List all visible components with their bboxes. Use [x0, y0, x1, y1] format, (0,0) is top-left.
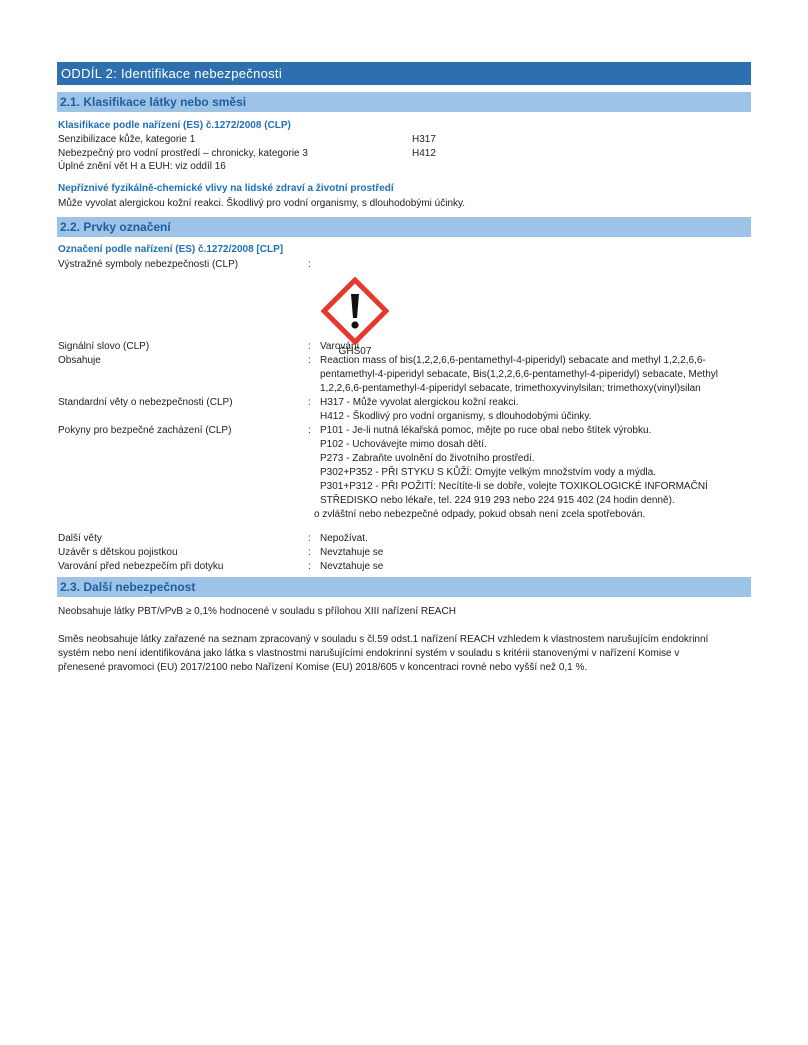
endocrine-text: Směs neobsahuje látky zařazené na seznam…	[57, 633, 751, 675]
pictogram-row: Výstražné symboly nebezpečnosti (CLP) :	[57, 258, 751, 340]
adverse-effects-text: Může vyvolat alergickou kožní reakci. Šk…	[57, 197, 751, 211]
endocrine-line: přenesené pravomoci (EU) 2017/2100 nebo …	[58, 661, 751, 675]
child-closure-row: Uzávěr s dětskou pojistkou : Nevztahuje …	[57, 546, 751, 560]
subsection-2-1-title: 2.1. Klasifikace látky nebo směsi	[57, 92, 751, 112]
precautionary-statement: P302+P352 - PŘI STYKU S KŮŽÍ: Omyjte vel…	[320, 466, 751, 480]
labelling-heading: Označení podle nařízení (ES) č.1272/2008…	[57, 244, 751, 255]
clp-classification-heading: Klasifikace podle nařízení (ES) č.1272/2…	[57, 120, 751, 131]
subsection-2-3-title: 2.3. Další nebezpečnost	[57, 577, 751, 597]
full-text-note: Úplné znění vět H a EUH: viz oddíl 16	[57, 160, 751, 174]
classification-row: Senzibilizace kůže, kategorie 1 H317	[57, 133, 751, 147]
ghs07-pictogram: GHS07	[321, 277, 389, 357]
section-title: ODDÍL 2: Identifikace nebezpečnosti	[57, 62, 751, 85]
precautionary-statement: P273 - Zabraňte uvolnění do životního pr…	[320, 452, 751, 466]
adverse-effects-heading: Nepříznivé fyzikálně-chemické vlivy na l…	[57, 183, 751, 194]
exclamation-mark-diamond-icon	[321, 277, 389, 345]
contains-line: pentamethyl-4-piperidyl sebacate, Bis(1,…	[320, 368, 751, 382]
subsection-2-2-title: 2.2. Prvky označení	[57, 217, 751, 237]
classification-code: H412	[412, 147, 436, 161]
colon: :	[308, 340, 320, 354]
contains-label: Obsahuje	[58, 354, 308, 396]
classification-code: H317	[412, 133, 436, 147]
colon: :	[308, 546, 320, 560]
hazard-statements-row: Standardní věty o nebezpečnosti (CLP) : …	[57, 396, 751, 424]
sds-page: ODDÍL 2: Identifikace nebezpečnosti 2.1.…	[57, 62, 751, 675]
precautionary-statement: P301+P312 - PŘI POŽITÍ: Necítíte-li se d…	[320, 480, 751, 494]
classification-label: Senzibilizace kůže, kategorie 1	[58, 133, 412, 147]
colon: :	[308, 258, 320, 340]
other-phrases-value: Nepožívat.	[320, 532, 751, 546]
other-phrases-row: Další věty : Nepožívat.	[57, 532, 751, 546]
hazard-statement: H317 - Může vyvolat alergickou kožní rea…	[320, 396, 751, 410]
pictogram-label: Výstražné symboly nebezpečnosti (CLP)	[58, 258, 308, 340]
hazard-statements-value: H317 - Může vyvolat alergickou kožní rea…	[320, 396, 751, 424]
precautionary-row: Pokyny pro bezpečné zacházení (CLP) : P1…	[57, 424, 751, 522]
precautionary-statement: P101 - Je-li nutná lékařská pomoc, mějte…	[320, 424, 751, 438]
precautionary-statement: P102 - Uchovávejte mimo dosah dětí.	[320, 438, 751, 452]
child-closure-label: Uzávěr s dětskou pojistkou	[58, 546, 308, 560]
colon: :	[308, 560, 320, 574]
signal-word-label: Signální slovo (CLP)	[58, 340, 308, 354]
precautionary-label: Pokyny pro bezpečné zacházení (CLP)	[58, 424, 308, 522]
tactile-warning-row: Varování před nebezpečím při dotyku : Ne…	[57, 560, 751, 574]
child-closure-value: Nevztahuje se	[320, 546, 751, 560]
hazard-statement: H412 - Škodlivý pro vodní organismy, s d…	[320, 410, 751, 424]
precautionary-statement: STŘEDISKO nebo lékaře, tel. 224 919 293 …	[320, 494, 751, 508]
precautionary-trailing: o zvláštní nebo nebezpečné odpady, pokud…	[314, 508, 751, 522]
tactile-warning-label: Varování před nebezpečím při dotyku	[58, 560, 308, 574]
hazard-statements-label: Standardní věty o nebezpečnosti (CLP)	[58, 396, 308, 424]
precautionary-value: P101 - Je-li nutná lékařská pomoc, mějte…	[320, 424, 751, 522]
other-phrases-label: Další věty	[58, 532, 308, 546]
pictogram-code: GHS07	[321, 346, 389, 357]
contains-line: 1,2,2,6,6-pentamethyl-4-piperidyl sebaca…	[320, 382, 751, 396]
signal-word-row: Signální slovo (CLP) : Varování	[57, 340, 751, 354]
classification-row: Nebezpečný pro vodní prostředí – chronic…	[57, 147, 751, 161]
colon: :	[308, 396, 320, 424]
colon: :	[308, 532, 320, 546]
tactile-warning-value: Nevztahuje se	[320, 560, 751, 574]
pbt-text: Neobsahuje látky PBT/vPvB ≥ 0,1% hodnoce…	[57, 605, 751, 619]
colon: :	[308, 354, 320, 396]
classification-label: Nebezpečný pro vodní prostředí – chronic…	[58, 147, 412, 161]
contains-row: Obsahuje : Reaction mass of bis(1,2,2,6,…	[57, 354, 751, 396]
endocrine-line: Směs neobsahuje látky zařazené na seznam…	[58, 633, 751, 647]
endocrine-line: systém nebo není identifikována jako lát…	[58, 647, 751, 661]
contains-value: Reaction mass of bis(1,2,2,6,6-pentameth…	[320, 354, 751, 396]
